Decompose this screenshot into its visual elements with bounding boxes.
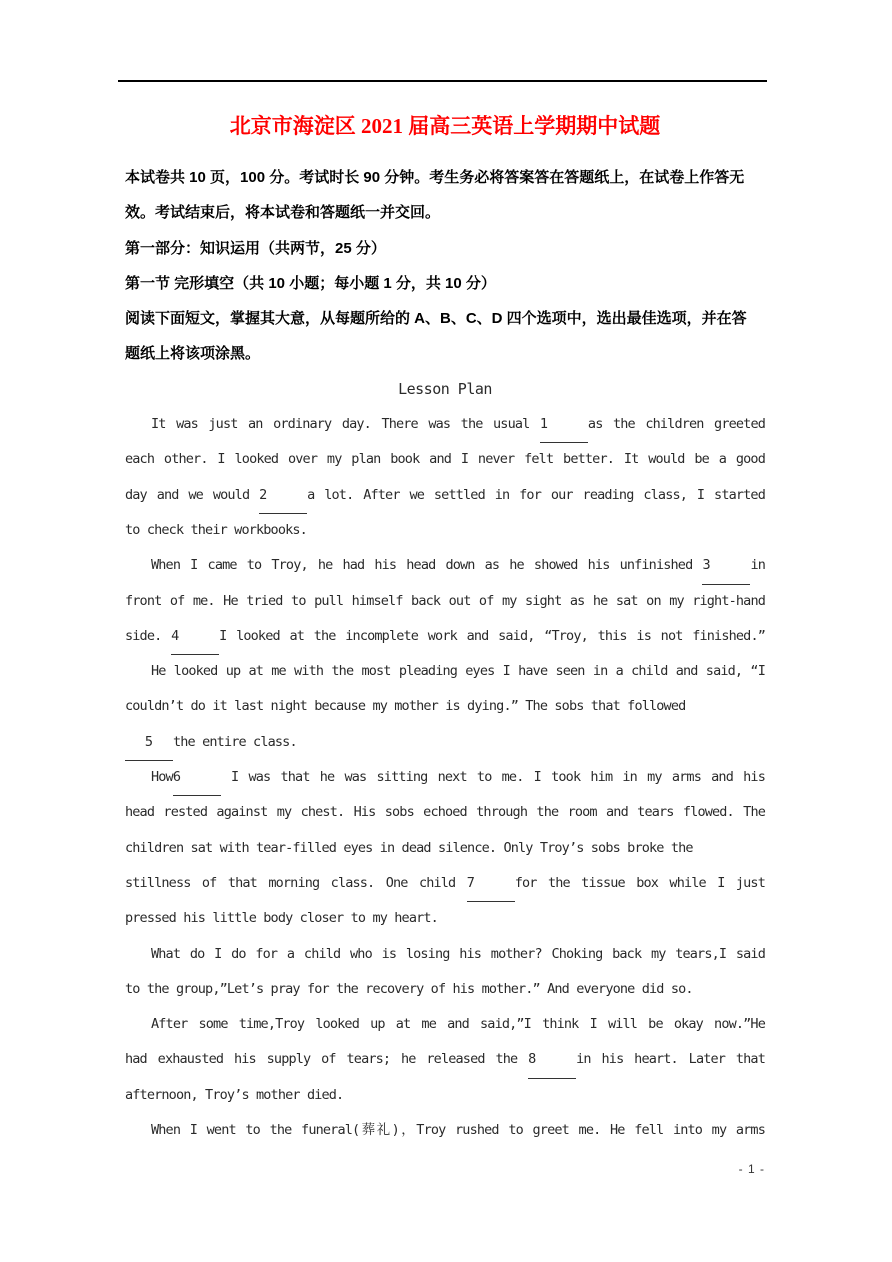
notice-line: 效。考试结束后，将本试卷和答题纸一并交回。: [125, 195, 765, 230]
document-title: 北京市海淀区 2021 届高三英语上学期期中试题: [125, 106, 765, 146]
passage-line: pressed his little body closer to my hea…: [125, 901, 765, 936]
cloze-blank-2: 2: [259, 478, 307, 514]
cloze-blank-4: 4: [171, 619, 219, 655]
passage-line: 5the entire class.: [125, 725, 765, 760]
cloze-blank-8: 8: [528, 1042, 576, 1078]
passage-line: afternoon, Troy’s mother died.: [125, 1078, 765, 1113]
passage-line: How6 I was that he was sitting next to m…: [125, 760, 765, 795]
page-number: - 1 -: [125, 1162, 765, 1176]
passage-line: side. 4I looked at the incomplete work a…: [125, 619, 765, 654]
passage-line: to check their workbooks.: [125, 513, 765, 548]
passage-line: head rested against my chest. His sobs e…: [125, 795, 765, 830]
cloze-blank-7: 7: [467, 866, 515, 902]
cloze-blank-6: 6: [173, 760, 221, 796]
passage-line: What do I do for a child who is losing h…: [125, 937, 765, 972]
part1-heading: 第一部分：知识运用（共两节，25 分）: [125, 231, 765, 266]
passage-line: It was just an ordinary day. There was t…: [125, 407, 765, 442]
passage-line: front of me. He tried to pull himself ba…: [125, 584, 765, 619]
cloze-blank-1: 1: [540, 407, 588, 443]
passage-line: day and we would 2a lot. After we settle…: [125, 478, 765, 513]
passage-title: Lesson Plan: [125, 372, 765, 407]
cloze-blank-3: 3: [702, 548, 750, 584]
passage-line: each other. I looked over my plan book a…: [125, 442, 765, 477]
passage-line: When I went to the funeral(葬礼)，Troy rush…: [125, 1113, 765, 1148]
passage-body: It was just an ordinary day. There was t…: [125, 407, 765, 1148]
cloze-instruction-line: 阅读下面短文，掌握其大意，从每题所给的 A、B、C、D 四个选项中，选出最佳选项…: [125, 301, 765, 336]
notice-line: 本试卷共 10 页，100 分。考试时长 90 分钟。考生务必将答案答在答题纸上…: [125, 160, 765, 195]
passage-line: couldn’t do it last night because my mot…: [125, 689, 765, 724]
passage-line: had exhausted his supply of tears; he re…: [125, 1042, 765, 1077]
exam-notice: 本试卷共 10 页，100 分。考试时长 90 分钟。考生务必将答案答在答题纸上…: [125, 160, 765, 231]
cloze-blank-5: 5: [125, 725, 173, 761]
passage-line: When I came to Troy, he had his head dow…: [125, 548, 765, 583]
page-content: 本试卷共 10 页，100 分。考试时长 90 分钟。考生务必将答案答在答题纸上…: [125, 160, 765, 1148]
top-rule: [118, 80, 767, 82]
passage-line: After some time,Troy looked up at me and…: [125, 1007, 765, 1042]
cloze-instructions: 阅读下面短文，掌握其大意，从每题所给的 A、B、C、D 四个选项中，选出最佳选项…: [125, 301, 765, 372]
passage-line: children sat with tear-filled eyes in de…: [125, 831, 765, 866]
passage-line: to the group,”Let’s pray for the recover…: [125, 972, 765, 1007]
cloze-instruction-line: 题纸上将该项涂黑。: [125, 336, 765, 371]
passage-line: stillness of that morning class. One chi…: [125, 866, 765, 901]
passage-line: He looked up at me with the most pleadin…: [125, 654, 765, 689]
section1-heading: 第一节 完形填空（共 10 小题；每小题 1 分，共 10 分）: [125, 266, 765, 301]
